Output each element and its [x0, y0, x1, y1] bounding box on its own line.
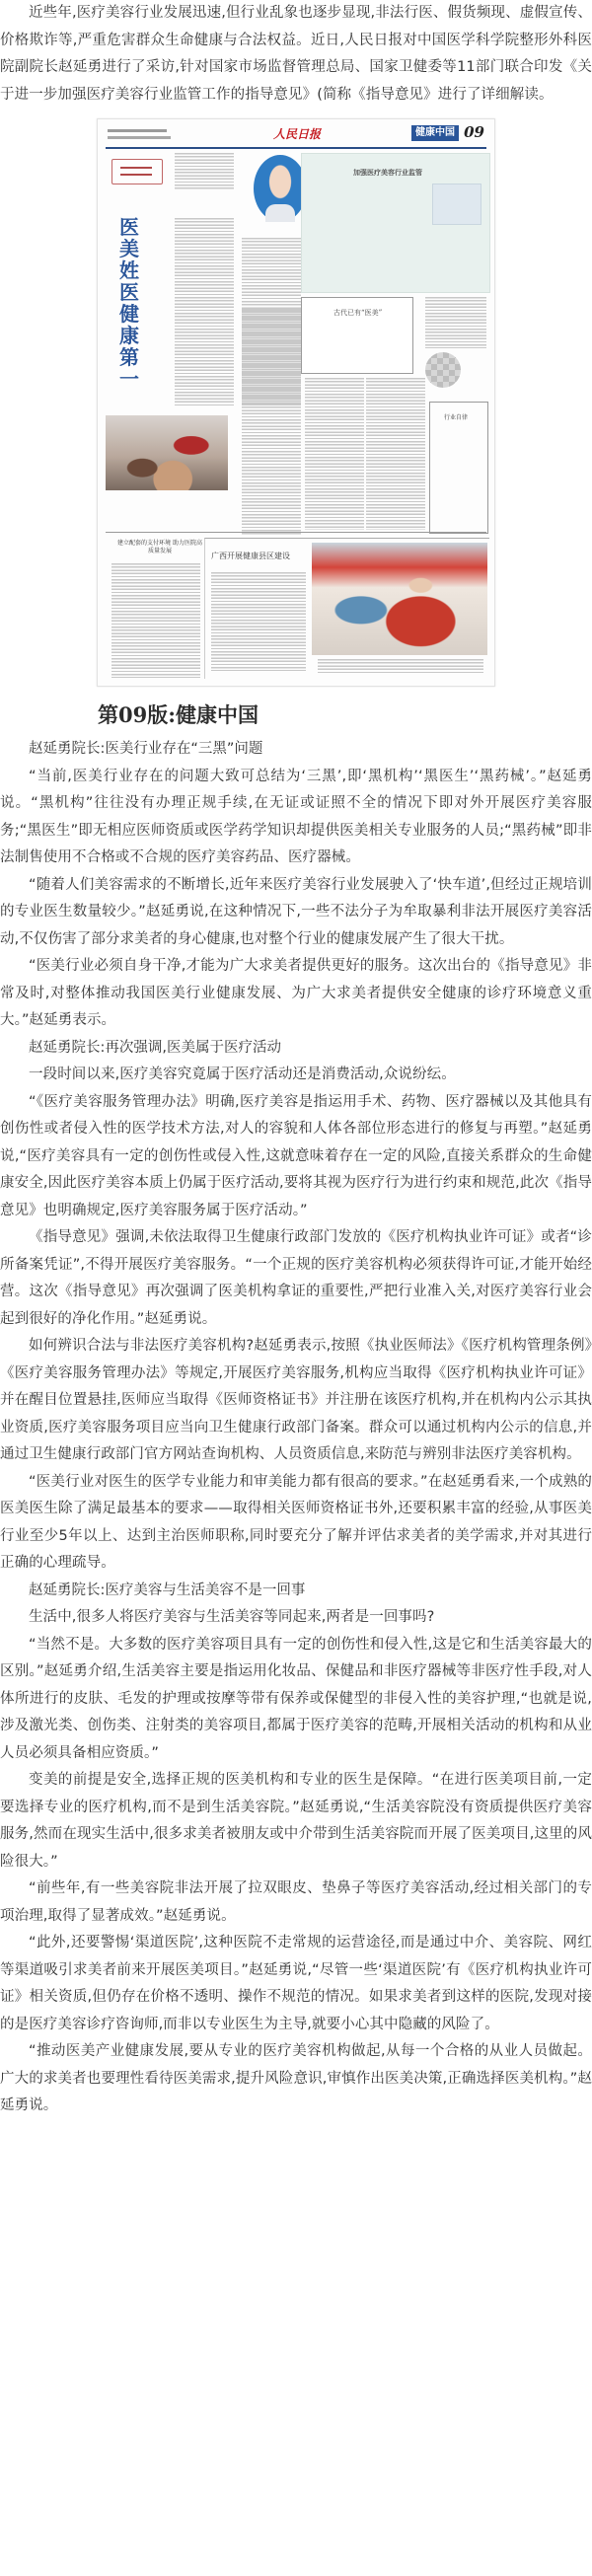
community-photo	[312, 543, 487, 655]
illustration	[432, 184, 481, 225]
side-box-title: 行业自律	[444, 412, 468, 421]
paragraph: 如何辨识合法与非法医疗美容机构?赵延勇表示,按照《执业医师法》《医疗机构管理条例…	[0, 1333, 592, 1469]
paragraph: “前些年,有一些美容院非法开展了拉双眼皮、垫鼻子等医疗美容活动,经过相关部门的专…	[0, 1876, 592, 1930]
boxed-article-title: 古代已有“医美”	[333, 308, 382, 318]
divider	[106, 532, 486, 533]
text-column	[242, 309, 301, 536]
paragraph: “《医疗美容服务管理办法》明确,医疗美容是指运用手术、药物、医疗器械以及其他具有…	[0, 1089, 592, 1225]
paragraph: 一段时间以来,医疗美容究竟属于医疗活动还是消费活动,众说纷纭。	[0, 1062, 592, 1089]
bottom-right-headline: 广西开展健康县区建设	[211, 551, 290, 561]
masthead-date-line	[108, 129, 167, 132]
section-heading: 赵延勇院长:再次强调,医美属于医疗活动	[0, 1035, 592, 1063]
newspaper-figure: 人民日报 健康中国 09 医美姓医 健康第一 加强医疗美容行业监管	[0, 114, 592, 697]
article-body: 赵延勇院长:医美行业存在“三黑”问题 “当前,医美行业存在的问题大致可总结为‘三…	[0, 736, 592, 2120]
paragraph: “医美行业必须自身干净,才能为广大求美者提供更好的服务。这次出台的《指导意见》非…	[0, 953, 592, 1035]
bottom-feature-box: 广西开展健康县区建设	[204, 538, 489, 679]
blurred-qr-code	[425, 352, 461, 388]
intro-paragraph: 近些年,医疗美容行业发展迅速,但行业乱象也逐步显现,非法行医、假货频现、虚假宣传…	[0, 0, 592, 109]
section-heading: 赵延勇院长:医疗美容与生活美容不是一回事	[0, 1578, 592, 1605]
text-column	[175, 153, 234, 190]
paragraph: 变美的前提是安全,选择正规的医美机构和专业的医生是保障。“在进行医美项目前,一定…	[0, 1767, 592, 1876]
text-column	[211, 572, 306, 671]
newspaper-page-image: 人民日报 健康中国 09 医美姓医 健康第一 加强医疗美容行业监管	[97, 118, 495, 687]
bottom-left-headline: 建立配套的支付环境 助力医院高质量发展	[115, 540, 204, 555]
text-column	[366, 378, 425, 530]
vertical-headline: 医美姓医 健康第一	[119, 216, 145, 390]
paragraph: “医美行业对医生的医学专业能力和审美能力都有很高的要求。”在赵延勇看来,一个成熟…	[0, 1469, 592, 1578]
paragraph: 《指导意见》强调,未依法取得卫生健康行政部门发放的《医疗机构执业许可证》或者“诊…	[0, 1224, 592, 1333]
text-column	[111, 563, 200, 678]
column-stamp	[111, 159, 163, 184]
paragraph: “当前,医美行业存在的问题大致可总结为‘三黑’,即‘黑机构’‘黑医生’‘黑药械’…	[0, 764, 592, 872]
article: 近些年,医疗美容行业发展迅速,但行业乱象也逐步显现,非法行医、假货频现、虚假宣传…	[0, 0, 592, 2120]
section-badge: 健康中国	[411, 125, 459, 141]
text-column	[305, 378, 364, 530]
boxed-article: 古代已有“医美”	[301, 297, 413, 374]
clinic-photo	[106, 415, 228, 490]
news-box: 加强医疗美容行业监管	[301, 153, 490, 293]
paragraph: “当然不是。大多数的医疗美容项目具有一定的创伤性和侵入性,这是它和生活美容最大的…	[0, 1632, 592, 1768]
paragraph: “推动医美产业健康发展,要从专业的医疗美容机构做起,从每一个合格的从业人员做起。…	[0, 2038, 592, 2120]
paragraph: “此外,还要警惕‘渠道医院’,这种医院不走常规的运营途径,而是通过中介、美容院、…	[0, 1930, 592, 2038]
section-heading: 赵延勇院长:医美行业存在“三黑”问题	[0, 736, 592, 764]
page-number: 09	[464, 123, 484, 141]
side-box: 行业自律	[429, 402, 488, 534]
photo-caption	[318, 659, 483, 673]
news-box-title: 加强医疗美容行业监管	[353, 168, 422, 178]
edition-title: 第09版:健康中国	[98, 697, 592, 732]
masthead-editor-line	[108, 136, 171, 139]
newspaper-logo: 人民日报	[273, 125, 321, 142]
paragraph: “随着人们美容需求的不断增长,近年来医疗美容行业发展驶入了‘快车道’,但经过正规…	[0, 872, 592, 954]
paragraph: 生活中,很多人将医疗美容与生活美容等同起来,两者是一回事吗?	[0, 1604, 592, 1632]
text-column	[425, 297, 486, 348]
text-column	[175, 218, 234, 405]
newspaper-masthead: 人民日报 健康中国 09	[106, 125, 486, 149]
portrait-photo	[254, 155, 307, 222]
